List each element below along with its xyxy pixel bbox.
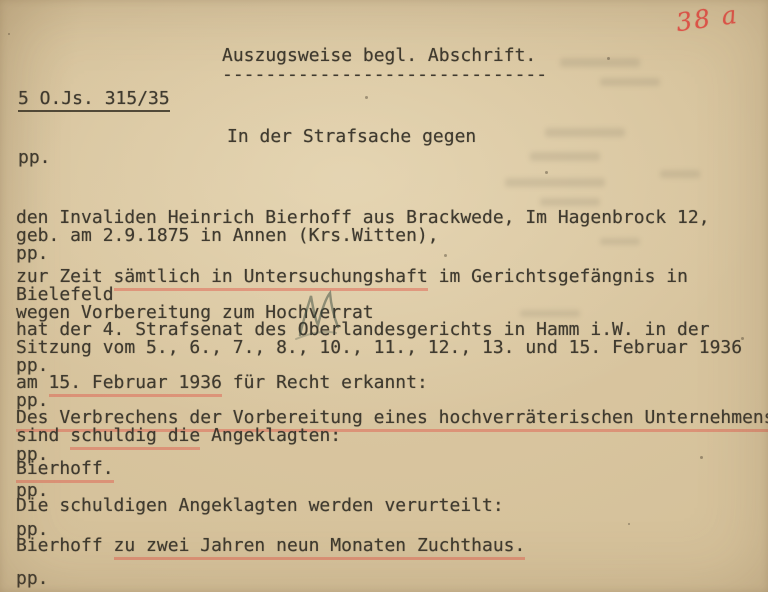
pp-abbreviation-line: pp. bbox=[18, 150, 51, 166]
document-line: Auszugsweise begl. Abschrift. bbox=[222, 48, 536, 64]
document-line: 5 O.Js. 315/35 bbox=[18, 91, 170, 112]
red-pencil-underlined-text: schuldig die bbox=[70, 425, 200, 450]
document-line: hat der 4. Strafsenat des Oberlandesgeri… bbox=[16, 322, 710, 338]
document-line: am 15. Februar 1936 für Recht erkannt: bbox=[16, 375, 428, 391]
document-line: Des Verbrechens der Vorbereitung eines h… bbox=[16, 410, 768, 426]
document-line: In der Strafsache gegen bbox=[227, 129, 476, 145]
document-line: Die schuldigen Angeklagten werden verurt… bbox=[16, 498, 504, 514]
red-pencil-underlined-text: sämtlich in Untersuchungshaft bbox=[114, 266, 428, 291]
red-pencil-underlined-text: zu zwei Jahren neun Monaten Zuchthaus. bbox=[114, 535, 526, 560]
document-line: Bierhoff. bbox=[16, 461, 114, 477]
pp-abbreviation-line: pp. bbox=[16, 571, 49, 587]
document-line: den Invaliden Heinrich Bierhoff aus Brac… bbox=[16, 210, 710, 226]
document-line: sind schuldig die Angeklagten: bbox=[16, 428, 341, 444]
document-line: Bierhoff zu zwei Jahren neun Monaten Zuc… bbox=[16, 538, 525, 554]
document-line: ------------------------------ bbox=[222, 67, 547, 83]
folio-number-annotation: 38 a bbox=[674, 0, 740, 37]
document-line: geb. am 2.9.1875 in Annen (Krs.Witten), bbox=[16, 228, 439, 244]
pp-abbreviation-line: pp. bbox=[16, 246, 49, 262]
document-line: Bielefeld bbox=[16, 287, 114, 303]
document-line: Sitzung vom 5., 6., 7., 8., 10., 11., 12… bbox=[16, 340, 742, 356]
scanned-document-page: 38 a Auszugsweise begl. Abschrift.------… bbox=[0, 0, 768, 592]
red-pencil-underlined-text: 15. Februar 1936 bbox=[49, 372, 222, 397]
document-line: zur Zeit sämtlich in Untersuchungshaft i… bbox=[16, 269, 688, 285]
